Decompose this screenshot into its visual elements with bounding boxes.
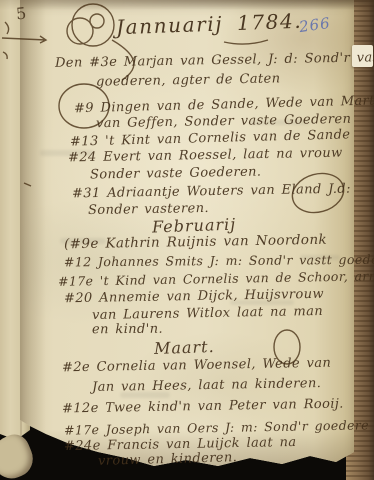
folio-number-old: 5 (15, 3, 28, 23)
underlying-page-curl (0, 430, 38, 480)
register-line: #12 Johannes Smits J: m: Sond'r vastt go… (64, 252, 374, 270)
manuscript-scan: 5 266 Jannuarij 1784. Den #3e Marjan van… (0, 0, 374, 480)
month-header-march: Maart. (154, 337, 215, 358)
book-top-edge-shadow (0, 0, 374, 10)
register-line: Sonder vaste Goederen. (90, 165, 262, 183)
register-line: en kind'n. (92, 322, 163, 338)
register-line: vrouw en kinderen. (98, 450, 238, 469)
